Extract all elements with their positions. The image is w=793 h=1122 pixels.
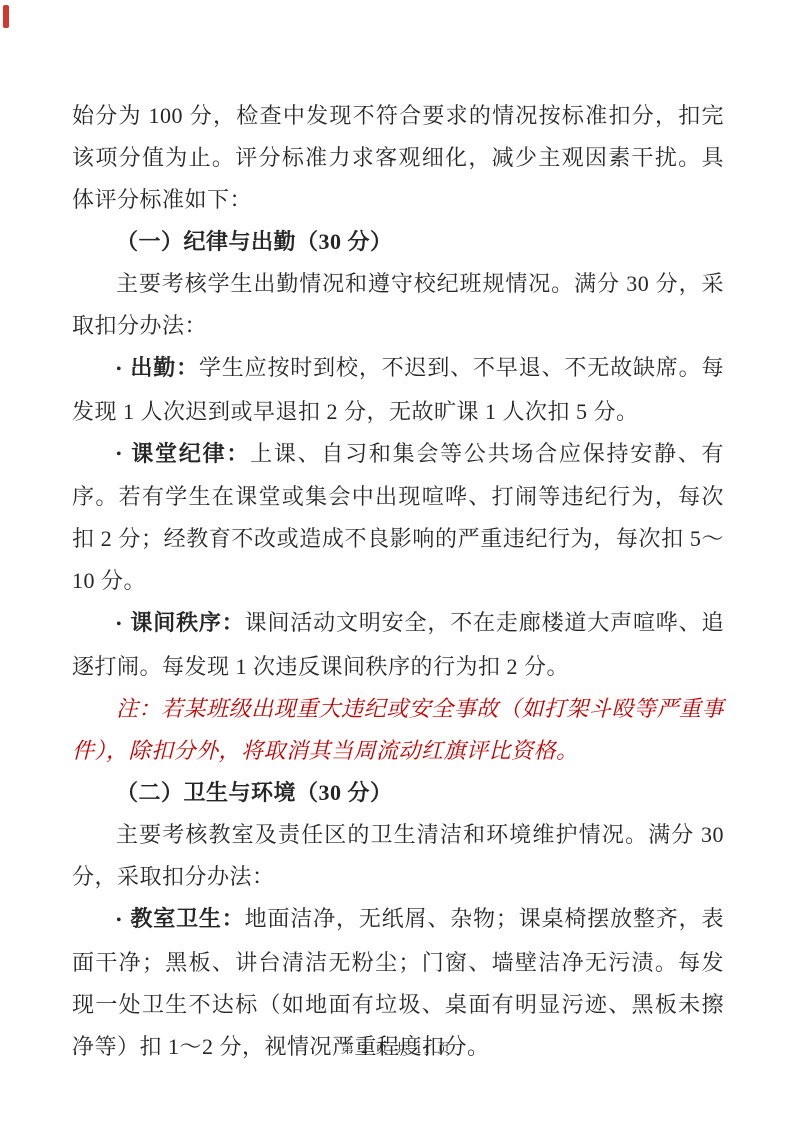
- document-page: 始分为 100 分，检查中发现不符合要求的情况按标准扣分，扣完该项分值为止。评分…: [0, 0, 793, 1122]
- red-corner-mark: [3, 5, 9, 28]
- body-paragraph: 主要考核学生出勤情况和遵守校纪班规情况。满分 30 分，采取扣分办法：: [72, 263, 724, 347]
- body-paragraph: 主要考核教室及责任区的卫生清洁和环境维护情况。满分 30 分，采取扣分办法：: [72, 814, 724, 898]
- bullet-label: 出勤：: [130, 355, 199, 380]
- section-heading: （二）卫生与环境（30 分）: [72, 772, 724, 814]
- document-content: 始分为 100 分，检查中发现不符合要求的情况按标准扣分，扣完该项分值为止。评分…: [72, 95, 724, 1068]
- bullet-icon: •: [116, 912, 122, 929]
- page-number-label: 第 2 页 共 11 页: [341, 1041, 452, 1056]
- note-paragraph: 注：若某班级出现重大违纪或安全事故（如打架斗殴等严重事件），除扣分外，将取消其当…: [72, 688, 724, 772]
- bullet-item: •课间秩序：课间活动文明安全，不在走廊楼道大声喧哗、追逐打闹。每发现 1 次违反…: [72, 602, 724, 688]
- page-footer: 第 2 页 共 11 页: [0, 1038, 793, 1057]
- bullet-icon: •: [116, 616, 122, 633]
- bullet-icon: •: [116, 361, 122, 378]
- bullet-label: 教室卫生：: [130, 906, 245, 931]
- bullet-label: 课堂纪律：: [130, 441, 250, 466]
- bullet-label: 课间秩序：: [130, 610, 245, 635]
- bullet-icon: •: [116, 446, 122, 463]
- bullet-item: •出勤：学生应按时到校，不迟到、不早退、不无故缺席。每发现 1 人次迟到或早退扣…: [72, 347, 724, 433]
- bullet-item: •课堂纪律：上课、自习和集会等公共场合应保持安静、有序。若有学生在课堂或集会中出…: [72, 433, 724, 603]
- body-paragraph: 始分为 100 分，检查中发现不符合要求的情况按标准扣分，扣完该项分值为止。评分…: [72, 95, 724, 221]
- section-heading: （一）纪律与出勤（30 分）: [72, 221, 724, 263]
